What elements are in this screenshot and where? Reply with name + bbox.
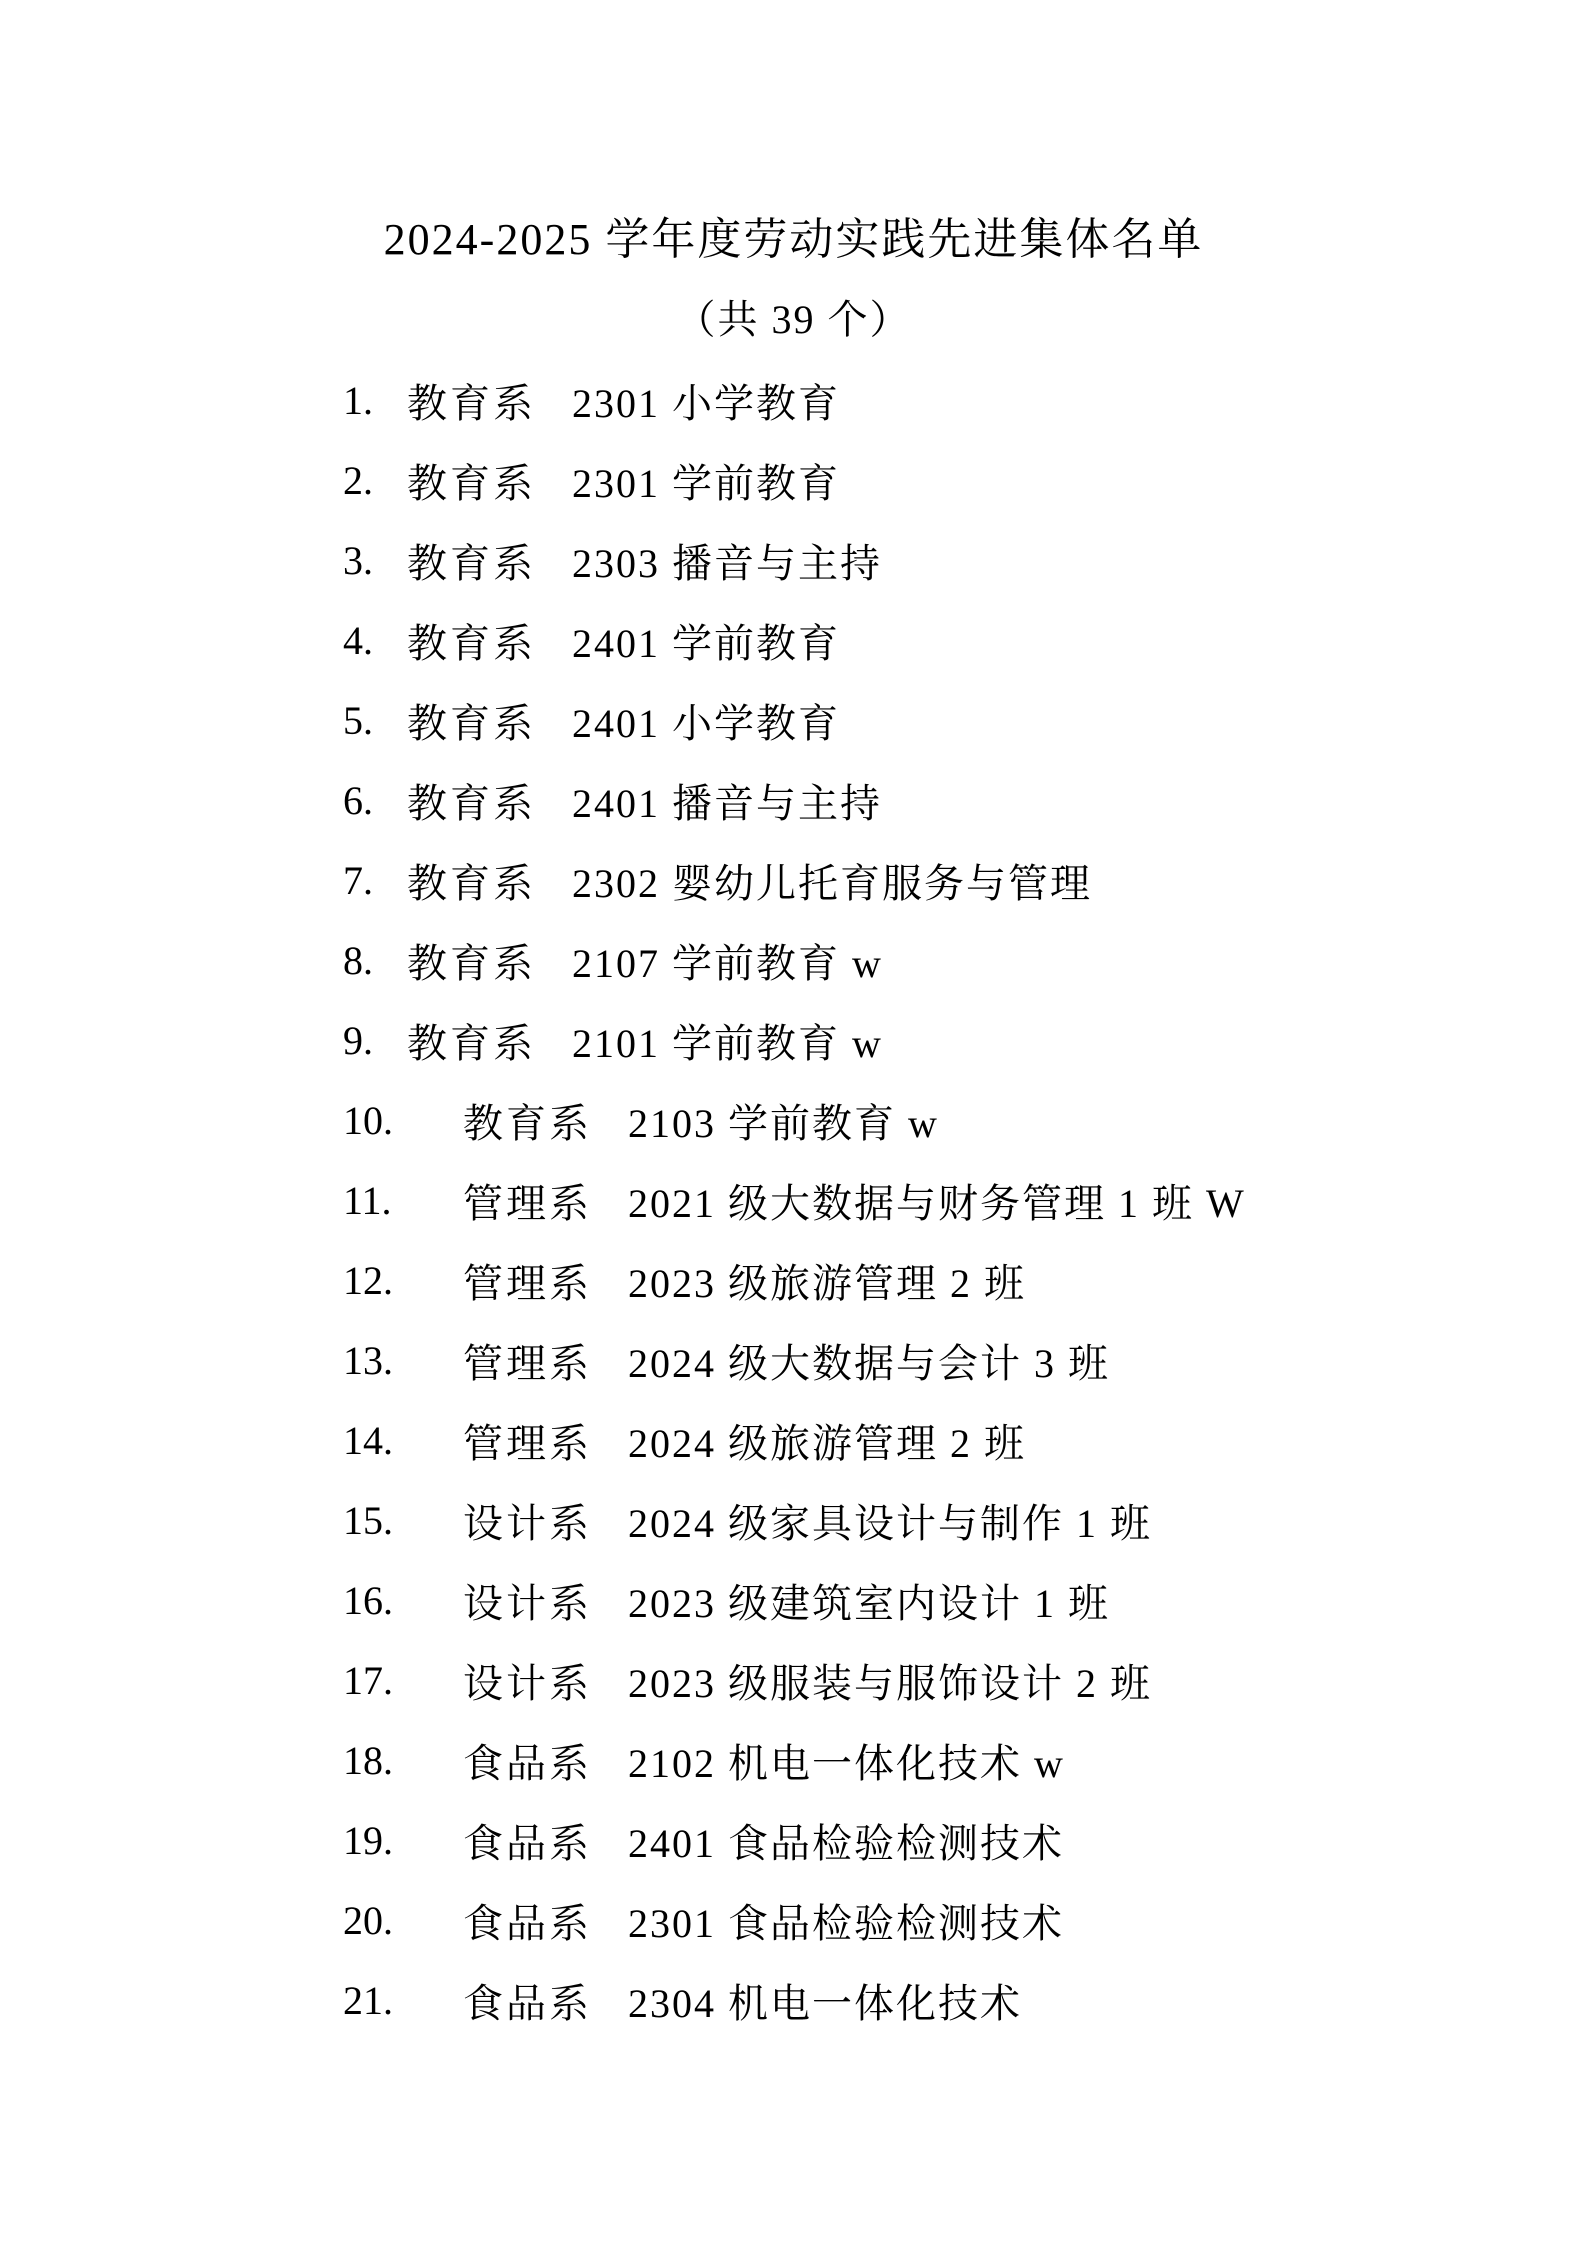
item-department: 设计系 [463,1652,592,1709]
list-item: 18. 食品系 2102 机电一体化技术 w [0,1720,1587,1800]
item-number: 21. [343,1977,463,2024]
list-item: 21. 食品系 2304 机电一体化技术 [0,1960,1587,2040]
item-number: 15. [343,1497,463,1544]
list-item: 17. 设计系 2023 级服装与服饰设计 2 班 [0,1640,1587,1720]
item-number: 20. [343,1897,463,1944]
item-description: 2401 小学教育 [572,692,840,749]
item-number: 12. [343,1257,463,1304]
item-department: 教育系 [407,532,536,589]
item-description: 2303 播音与主持 [572,532,882,589]
item-department: 设计系 [463,1492,592,1549]
item-description: 2302 婴幼儿托育服务与管理 [572,852,1092,909]
item-number: 4. [343,617,407,664]
list-item: 5. 教育系 2401 小学教育 [0,680,1587,760]
list-item: 20. 食品系 2301 食品检验检测技术 [0,1880,1587,1960]
list-item: 16. 设计系 2023 级建筑室内设计 1 班 [0,1560,1587,1640]
item-number: 6. [343,777,407,824]
list-item: 14. 管理系 2024 级旅游管理 2 班 [0,1400,1587,1480]
item-department: 食品系 [463,1892,592,1949]
item-description: 2023 级旅游管理 2 班 [628,1252,1026,1309]
item-department: 教育系 [407,372,536,429]
list-item: 19. 食品系 2401 食品检验检测技术 [0,1800,1587,1880]
list-item: 10. 教育系 2103 学前教育 w [0,1080,1587,1160]
item-description: 2304 机电一体化技术 [628,1972,1022,2029]
list-item: 13. 管理系 2024 级大数据与会计 3 班 [0,1320,1587,1400]
item-department: 教育系 [407,452,536,509]
item-description: 2024 级旅游管理 2 班 [628,1412,1026,1469]
document-page: 2024-2025 学年度劳动实践先进集体名单 （共 39 个） 1. 教育系 … [0,0,1587,2245]
item-description: 2401 播音与主持 [572,772,882,829]
item-description: 2024 级家具设计与制作 1 班 [628,1492,1152,1549]
item-department: 教育系 [407,1012,536,1069]
list-item: 8. 教育系 2107 学前教育 w [0,920,1587,1000]
item-number: 18. [343,1737,463,1784]
list-item: 11. 管理系 2021 级大数据与财务管理 1 班 W [0,1160,1587,1240]
list-item: 12. 管理系 2023 级旅游管理 2 班 [0,1240,1587,1320]
item-description: 2024 级大数据与会计 3 班 [628,1332,1110,1389]
item-description: 2103 学前教育 w [628,1092,939,1149]
item-description: 2107 学前教育 w [572,932,883,989]
list-item: 1. 教育系 2301 小学教育 [0,360,1587,440]
list-item: 4. 教育系 2401 学前教育 [0,600,1587,680]
document-subtitle: （共 39 个） [0,280,1587,360]
item-department: 管理系 [463,1252,592,1309]
item-number: 2. [343,457,407,504]
collective-list: 1. 教育系 2301 小学教育 2. 教育系 2301 学前教育 3. 教育系… [0,360,1587,2040]
item-number: 11. [343,1177,463,1224]
list-item: 9. 教育系 2101 学前教育 w [0,1000,1587,1080]
item-number: 14. [343,1417,463,1464]
item-description: 2023 级建筑室内设计 1 班 [628,1572,1110,1629]
list-item: 2. 教育系 2301 学前教育 [0,440,1587,520]
item-department: 教育系 [407,932,536,989]
list-item: 6. 教育系 2401 播音与主持 [0,760,1587,840]
item-description: 2102 机电一体化技术 w [628,1732,1065,1789]
list-item: 3. 教育系 2303 播音与主持 [0,520,1587,600]
item-number: 9. [343,1017,407,1064]
item-number: 1. [343,377,407,424]
item-number: 16. [343,1577,463,1624]
item-description: 2101 学前教育 w [572,1012,883,1069]
item-department: 教育系 [407,612,536,669]
item-department: 管理系 [463,1412,592,1469]
item-description: 2401 食品检验检测技术 [628,1812,1064,1869]
item-department: 食品系 [463,1972,592,2029]
item-number: 7. [343,857,407,904]
item-number: 10. [343,1097,463,1144]
item-department: 管理系 [463,1332,592,1389]
item-department: 教育系 [407,692,536,749]
item-number: 8. [343,937,407,984]
list-item: 15. 设计系 2024 级家具设计与制作 1 班 [0,1480,1587,1560]
item-department: 教育系 [463,1092,592,1149]
document-title: 2024-2025 学年度劳动实践先进集体名单 [0,200,1587,280]
item-department: 设计系 [463,1572,592,1629]
item-description: 2301 食品检验检测技术 [628,1892,1064,1949]
item-number: 13. [343,1337,463,1384]
list-item: 7. 教育系 2302 婴幼儿托育服务与管理 [0,840,1587,920]
item-department: 管理系 [463,1172,592,1229]
item-number: 19. [343,1817,463,1864]
item-number: 17. [343,1657,463,1704]
item-number: 5. [343,697,407,744]
item-description: 2021 级大数据与财务管理 1 班 W [628,1172,1246,1229]
item-department: 食品系 [463,1732,592,1789]
item-description: 2023 级服装与服饰设计 2 班 [628,1652,1152,1709]
item-department: 教育系 [407,772,536,829]
item-number: 3. [343,537,407,584]
item-description: 2301 小学教育 [572,372,840,429]
item-department: 食品系 [463,1812,592,1869]
item-description: 2401 学前教育 [572,612,840,669]
item-department: 教育系 [407,852,536,909]
item-description: 2301 学前教育 [572,452,840,509]
